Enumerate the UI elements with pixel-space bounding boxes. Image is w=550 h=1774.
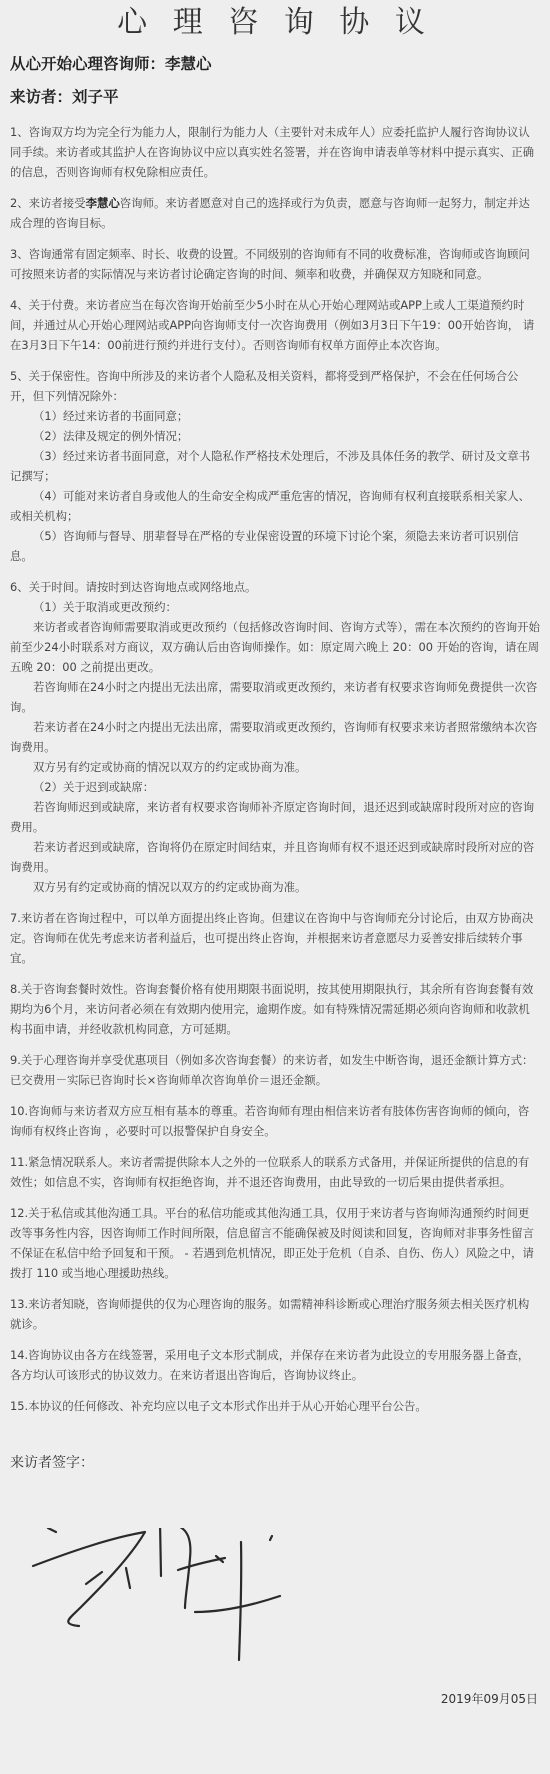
- clause-6-line: （2）关于迟到或缺席：: [10, 777, 540, 797]
- clause-6: 6、关于时间。请按时到达咨询地点或网络地点。 （1）关于取消或更改预约： 来访者…: [10, 577, 540, 897]
- clause-5-item: （4）可能对来访者自身或他人的生命安全构成严重危害的情况，咨询师有权利直接联系相…: [10, 486, 540, 526]
- clause-5-item: （2）法律及规定的例外情况；: [10, 426, 540, 446]
- clause-2: 2、来访者接受李慧心咨询师。来访者愿意对自己的选择或行为负责，愿意与咨询师一起努…: [10, 193, 540, 233]
- clause-1: 1、咨询双方均为完全行为能力人，限制行为能力人（主要针对未成年人）应委托监护人履…: [10, 122, 540, 182]
- clause-6-line: 双方另有约定或协商的情况以双方的约定或协商为准。: [10, 757, 540, 777]
- visitor-line: 来访者：刘子平: [10, 87, 540, 107]
- clause-4: 4、关于付费。来访者应当在每次咨询开始前至少5小时在从心开始心理网站或APP上或…: [10, 295, 540, 355]
- clause-13: 13.来访者知晓，咨询师提供的仅为心理咨询的服务。如需精神科诊断或心理治疗服务须…: [10, 1294, 540, 1334]
- clause-15: 15.本协议的任何修改、补充均应以电子文本形式作出并于从心开始心理平台公告。: [10, 1396, 540, 1416]
- clause-3: 3、咨询通常有固定频率、时长、收费的设置。不同级别的咨询师有不同的收费标准，咨询…: [10, 244, 540, 284]
- clause-12: 12.关于私信或其他沟通工具。平台的私信功能或其他沟通工具，仅用于来访者与咨询师…: [10, 1203, 540, 1283]
- clause-6-line: 双方另有约定或协商的情况以双方的约定或协商为准。: [10, 877, 540, 897]
- clause-6-line: （1）关于取消或更改预约：: [10, 597, 540, 617]
- clause-5-item: （1）经过来访者的书面同意；: [10, 406, 540, 426]
- clause-9: 9.关于心理咨询并享受优惠项目（例如多次咨询套餐）的来访者，如发生中断咨询，退还…: [10, 1050, 540, 1090]
- document-title: 心 理 咨 询 协 议: [10, 0, 540, 42]
- clause-6-line: 若来访者迟到或缺席，咨询将仍在原定时间结束，并且咨询师有权不退还迟到或缺席时段所…: [10, 837, 540, 877]
- clause-6-line: 若咨询师在24小时之内提出无法出席，需要取消或更改预约，来访者有权要求咨询师免费…: [10, 677, 540, 717]
- agreement-page: 心 理 咨 询 协 议 从心开始心理咨询师：李慧心 来访者：刘子平 1、咨询双方…: [0, 0, 550, 1774]
- clause-5-item: （5）咨询师与督导、朋辈督导在严格的专业保密设置的环境下讨论个案，须隐去来访者可…: [10, 526, 540, 566]
- handwritten-signature: [30, 1528, 290, 1668]
- clause-6-line: 若来访者在24小时之内提出无法出席，需要取消或更改预约，咨询师有权要求来访者照常…: [10, 717, 540, 757]
- clause-5-item: （3）经过来访者书面同意，对个人隐私作严格技术处理后，不涉及具体任务的教学、研讨…: [10, 446, 540, 486]
- clause-14: 14.咨询协议由各方在线签署，采用电子文本形式制成，并保存在来访者为此设立的专用…: [10, 1345, 540, 1385]
- clauses-list: 1、咨询双方均为完全行为能力人，限制行为能力人（主要针对未成年人）应委托监护人履…: [10, 122, 540, 1416]
- clause-5: 5、关于保密性。咨询中所涉及的来访者个人隐私及相关资料，都将受到严格保护，不会在…: [10, 366, 540, 566]
- counselor-name-highlight: 李慧心: [86, 196, 120, 210]
- signature-date: 2019年09月05日: [441, 1690, 538, 1707]
- signature-label: 来访者签字：: [10, 1452, 94, 1472]
- clause-7: 7.来访者在咨询过程中，可以单方面提出终止咨询。但建议在咨询中与咨询师充分讨论后…: [10, 908, 540, 968]
- counselor-line: 从心开始心理咨询师：李慧心: [10, 54, 540, 74]
- clause-6-line: 来访者或者咨询师需要取消或更改预约（包括修改咨询时间、咨询方式等），需在本次预约…: [10, 617, 540, 677]
- clause-10: 10.咨询师与来访者双方应互相有基本的尊重。若咨询师有理由相信来访者有肢体伤害咨…: [10, 1101, 540, 1141]
- clause-6-line: 若咨询师迟到或缺席，来访者有权要求咨询师补齐原定咨询时间，退还迟到或缺席时段所对…: [10, 797, 540, 837]
- clause-8: 8.关于咨询套餐时效性。咨询套餐价格有使用期限书面说明，按其使用期限执行，其余所…: [10, 979, 540, 1039]
- clause-11: 11.紧急情况联系人。来访者需提供除本人之外的一位联系人的联系方式备用，并保证所…: [10, 1152, 540, 1192]
- clause-text: 2、来访者接受: [10, 196, 86, 210]
